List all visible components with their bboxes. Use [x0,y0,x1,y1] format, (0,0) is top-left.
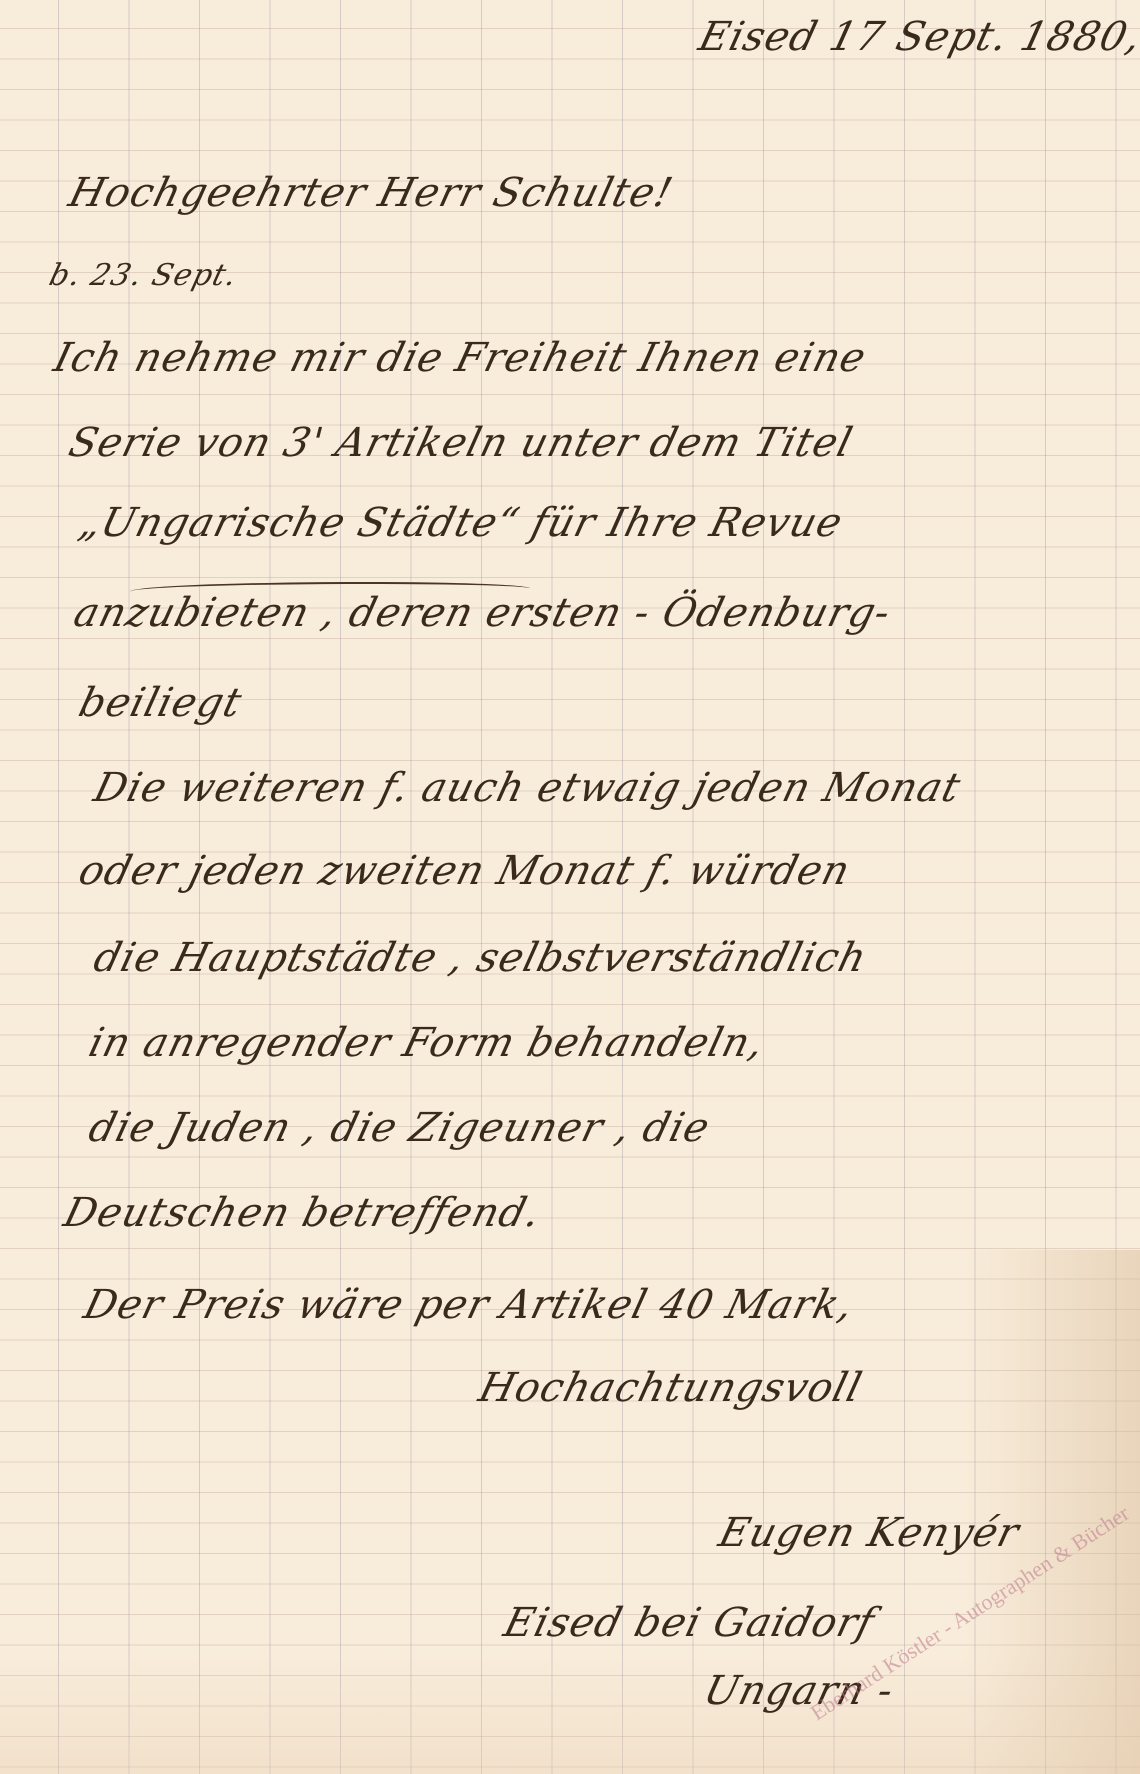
body-line: Deutschen betreffend. [59,1190,545,1236]
closing: Hochachtungsvoll [474,1365,867,1411]
grid-paper-page: Eised 17 Sept. 1880, Hochgeehrter Herr S… [0,0,1140,1774]
body-line: Die weiteren f. auch etwaig jeden Monat [89,765,965,811]
signature: Eugen Kenyér [714,1510,1024,1556]
body-line: anzubieten , deren ersten - Ödenburg- [69,590,895,636]
body-line: Serie von 3' Artikeln unter dem Titel [64,420,857,466]
body-line: die Juden , die Zigeuner , die [84,1105,714,1151]
margin-note: b. 23. Sept. [46,258,241,293]
body-line: oder jeden zweiten Monat f. würden [74,848,855,894]
body-line: die Hauptstädte , selbstverständlich [89,935,872,981]
salutation: Hochgeehrter Herr Schulte! [64,170,677,216]
body-line: in anregender Form behandeln, [84,1020,769,1066]
dateline: Eised 17 Sept. 1880, [694,14,1140,60]
body-line: Der Preis wäre per Artikel 40 Mark, [79,1282,858,1328]
body-line: Ich nehme mir die Freiheit Ihnen eine [49,335,871,381]
address-line: Eised bei Gaidorf [499,1600,879,1646]
body-line: beiliegt [74,680,246,726]
body-line: „Ungarische Städte“ für Ihre Revue [74,500,847,546]
paper-stain-bottom [0,1654,1140,1774]
